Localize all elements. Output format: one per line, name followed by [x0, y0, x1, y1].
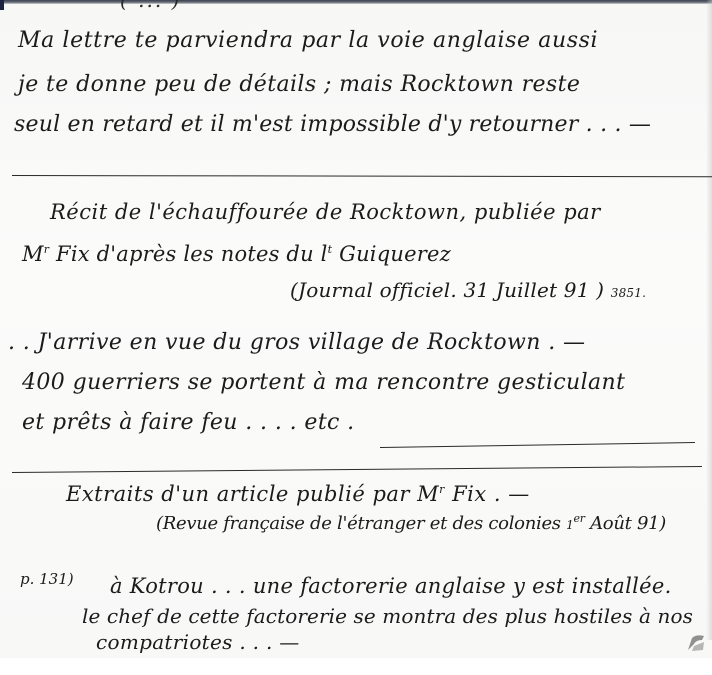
section3-heading-end: Fix . —: [445, 482, 530, 506]
journal-officiel-citation: (Journal officiel. 31 Juillet 91 ): [290, 278, 604, 302]
section2-heading-line-2: Mr Fix d'après les notes du lt Guiquerez: [22, 242, 451, 266]
revue-date-prefix: 1: [566, 518, 573, 532]
section3-body-line-3: compatriotes . . . —: [96, 630, 300, 654]
section1-line-3: seul en retard et il m'est impossible d'…: [14, 112, 651, 137]
scan-bottom-margin: [0, 658, 712, 675]
section-divider-1: [12, 175, 712, 177]
section2-body-line-2: 400 guerriers se portent à ma rencontre …: [22, 370, 625, 395]
source-number: 3851.: [611, 286, 646, 300]
section2-body-line-3: et prêts à faire feu . . . . etc .: [22, 410, 355, 435]
heading-line2-rest: Fix d'après les notes du l: [49, 242, 327, 266]
scan-right-edge-shadow: [706, 0, 712, 640]
revue-citation: (Revue française de l'étranger et des co…: [156, 513, 561, 534]
section3-body-line-1: à Kotrou . . . une factorerie anglaise y…: [110, 574, 672, 598]
heading-line2-prefix: M: [22, 242, 44, 266]
section-divider-2: [12, 466, 702, 473]
section2-body-line-1: . . J'arrive en vue du gros village de R…: [8, 330, 585, 355]
section3-body-line-2: le chef de cette factorerie se montra de…: [82, 604, 693, 628]
page-reference: p. 131): [20, 570, 74, 588]
revue-date-end: Août 91): [585, 513, 666, 534]
section3-heading-prefix: Extraits d'un article publié par M: [66, 482, 439, 506]
revue-date-sup: er: [574, 512, 585, 525]
section2-end-flourish: [380, 442, 695, 448]
scan-top-edge: [0, 0, 712, 4]
scan-corner-mark: [0, 0, 4, 10]
heading-line2-end: Guiquerez: [332, 242, 451, 266]
section1-line-1: Ma lettre te parviendra par la voie angl…: [18, 28, 598, 53]
section3-source-line: (Revue française de l'étranger et des co…: [156, 512, 666, 534]
section3-heading: Extraits d'un article publié par Mr Fix …: [66, 482, 530, 506]
manuscript-page: ( ... ) Ma lettre te parviendra par la v…: [0, 0, 712, 675]
section2-heading-line-1: Récit de l'échauffourée de Rocktown, pub…: [50, 200, 601, 224]
ink-smudge-mark: [686, 632, 706, 652]
cut-off-previous-line: ( ... ): [120, 0, 181, 12]
section2-source-line: (Journal officiel. 31 Juillet 91 ) 3851.: [290, 278, 646, 302]
section1-line-2: je te donne peu de détails ; mais Rockto…: [18, 72, 580, 97]
